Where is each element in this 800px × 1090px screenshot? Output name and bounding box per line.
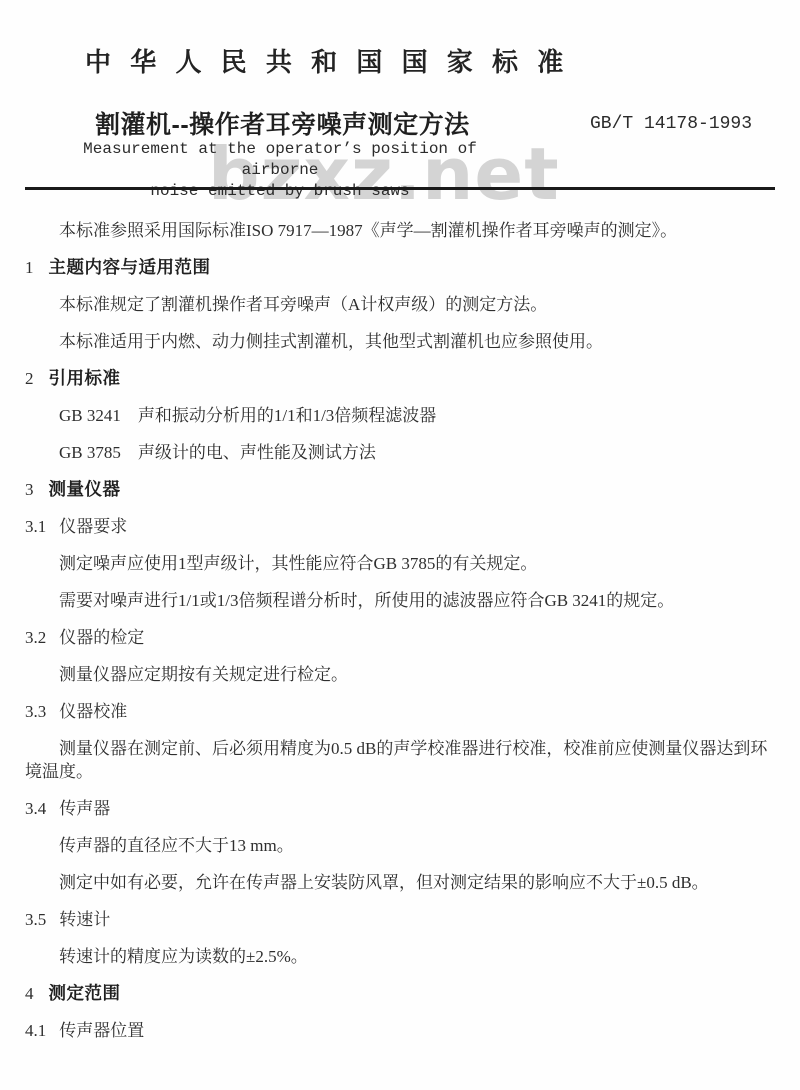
section-heading-2: 2引用标准 (25, 367, 775, 390)
national-standard-header: 中 华 人 民 共 和 国 国 家 标 准 (85, 42, 569, 79)
section-heading-1: 1主题内容与适用范围 (25, 256, 775, 279)
document-title: 割灌机--操作者耳旁噪声测定方法 (95, 105, 470, 141)
title-english-line2: noise emitted by brush saws (40, 181, 520, 202)
paragraph: 本标准适用于内燃、动力侧挂式割灌机，其他型式割灌机也应参照使用。 (25, 330, 775, 353)
paragraph: 测量仪器在测定前、后必须用精度为0.5 dB的声学校准器进行校准，校准前应使测量… (25, 737, 775, 783)
subsection-number: 3.5 (25, 908, 46, 931)
paragraph: 本标准规定了割灌机操作者耳旁噪声（A计权声级）的测定方法。 (25, 293, 775, 316)
subsection-heading-3-5: 3.5转速计 (25, 908, 775, 931)
subsection-title: 传声器 (59, 799, 110, 818)
subsection-number: 3.1 (25, 515, 46, 538)
subsection-heading-3-3: 3.3仪器校准 (25, 700, 775, 723)
section-title: 测定范围 (49, 983, 121, 1003)
subsection-heading-3-4: 3.4传声器 (25, 797, 775, 820)
section-number: 4 (25, 982, 34, 1005)
intro-paragraph: 本标准参照采用国际标准ISO 7917—1987《声学—割灌机操作者耳旁噪声的测… (25, 219, 775, 242)
paragraph: 需要对噪声进行1/1或1/3倍频程谱分析时，所使用的滤波器应符合GB 3241的… (25, 589, 775, 612)
paragraph: 传声器的直径应不大于13 mm。 (25, 834, 775, 857)
section-title: 主题内容与适用范围 (49, 257, 211, 277)
subsection-title: 转速计 (59, 910, 110, 929)
document-page: bzxz.net 中 华 人 民 共 和 国 国 家 标 准 割灌机--操作者耳… (0, 0, 800, 1090)
title-english-line1: Measurement at the operator’s position o… (40, 139, 520, 181)
document-body: 本标准参照采用国际标准ISO 7917—1987《声学—割灌机操作者耳旁噪声的测… (25, 219, 775, 1056)
subsection-number: 4.1 (25, 1019, 46, 1042)
subsection-title: 仪器的检定 (59, 628, 144, 647)
header-divider (25, 187, 775, 190)
subsection-title: 仪器校准 (59, 702, 127, 721)
standard-number: GB/T 14178-1993 (590, 114, 752, 134)
subsection-heading-3-1: 3.1仪器要求 (25, 515, 775, 538)
document-title-english: Measurement at the operator’s position o… (40, 139, 520, 202)
subsection-number: 3.4 (25, 797, 46, 820)
section-title: 引用标准 (49, 368, 121, 388)
subsection-heading-3-2: 3.2仪器的检定 (25, 626, 775, 649)
section-number: 1 (25, 256, 34, 279)
section-heading-4: 4测定范围 (25, 982, 775, 1005)
subsection-title: 传声器位置 (59, 1021, 144, 1040)
paragraph: 转速计的精度应为读数的±2.5%。 (25, 945, 775, 968)
section-title: 测量仪器 (49, 479, 121, 499)
section-heading-3: 3测量仪器 (25, 478, 775, 501)
paragraph: 测定噪声应使用1型声级计，其性能应符合GB 3785的有关规定。 (25, 552, 775, 575)
paragraph: 测定中如有必要，允许在传声器上安装防风罩，但对测定结果的影响应不大于±0.5 d… (25, 871, 775, 894)
subsection-heading-4-1: 4.1传声器位置 (25, 1019, 775, 1042)
subsection-number: 3.3 (25, 700, 46, 723)
section-number: 3 (25, 478, 34, 501)
reference-item: GB 3785 声级计的电、声性能及测试方法 (25, 441, 775, 464)
section-number: 2 (25, 367, 34, 390)
paragraph: 测量仪器应定期按有关规定进行检定。 (25, 663, 775, 686)
reference-item: GB 3241 声和振动分析用的1/1和1/3倍频程滤波器 (25, 404, 775, 427)
subsection-number: 3.2 (25, 626, 46, 649)
document-content: 中 华 人 民 共 和 国 国 家 标 准 割灌机--操作者耳旁噪声测定方法 G… (0, 0, 800, 1090)
subsection-title: 仪器要求 (59, 517, 127, 536)
